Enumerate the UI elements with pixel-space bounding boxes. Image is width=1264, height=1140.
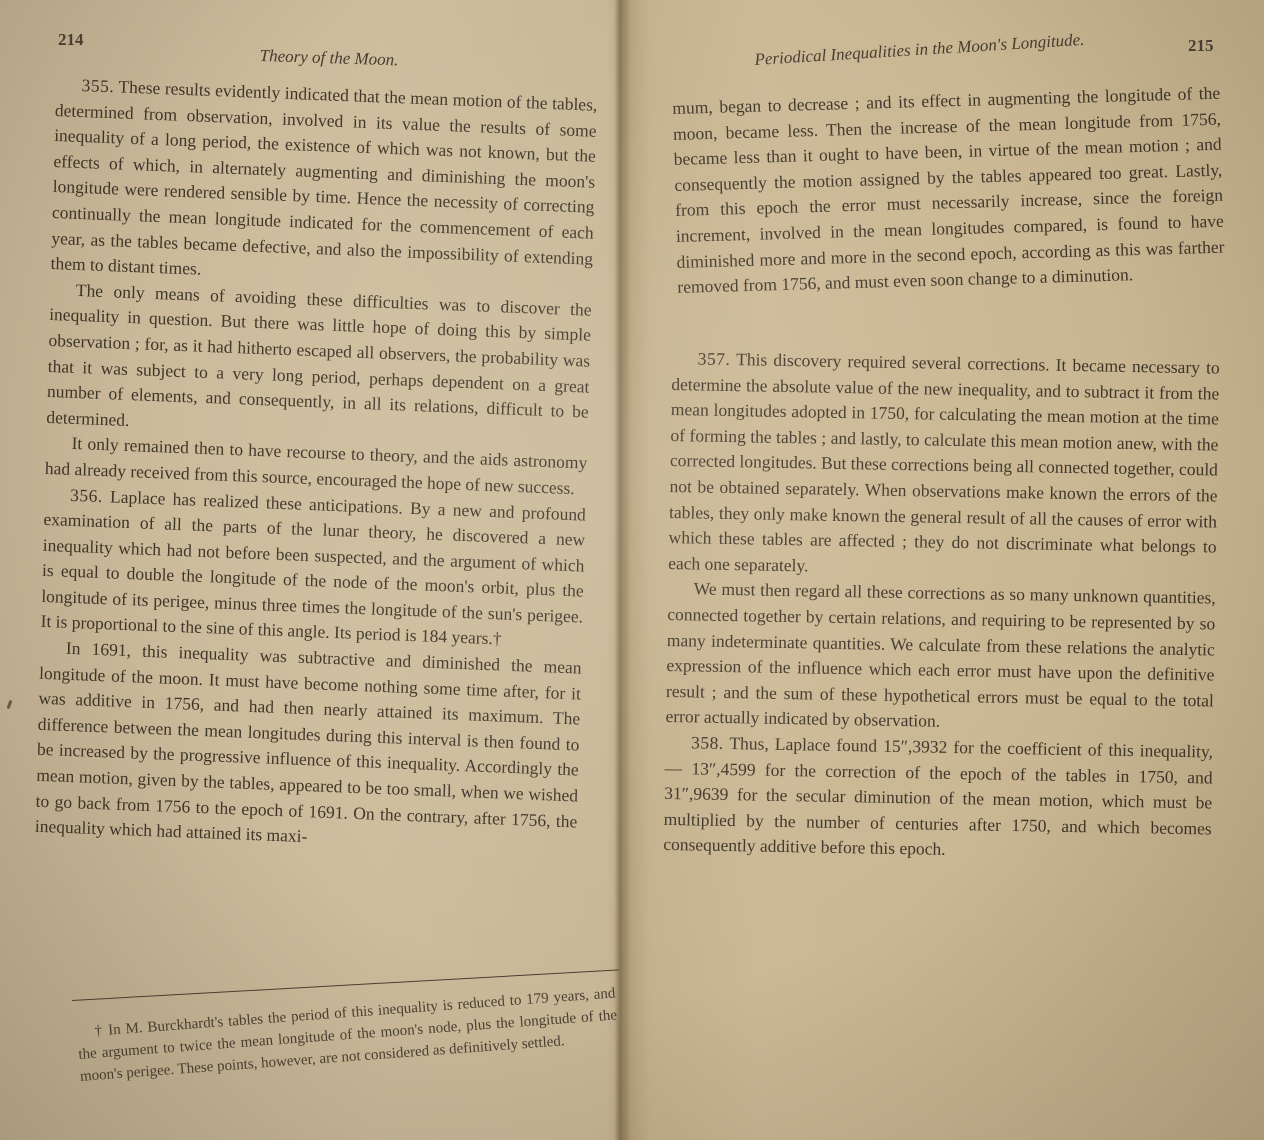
paragraph-text: Laplace has realized these anticipations… (40, 486, 586, 649)
paragraph: The only means of avoiding these difficu… (46, 277, 592, 451)
left-page: 214 Theory of the Moon. 355. These resul… (0, 0, 614, 1140)
body-text-upper: mum, began to decrease ; and its effect … (672, 81, 1226, 301)
paragraph-number: 357. (698, 348, 731, 369)
ink-mark (7, 700, 13, 709)
page-number: 215 (1188, 36, 1214, 56)
paragraph-357: 357. This discovery required several cor… (668, 346, 1220, 586)
page-number: 214 (58, 30, 84, 50)
paragraph-356: 356. Laplace has realized these anticipa… (40, 481, 586, 655)
paragraph-number: 356. (70, 484, 103, 505)
running-head: Theory of the Moon. (259, 46, 398, 70)
running-head: Periodical Inequalities in the Moon's Lo… (754, 30, 1085, 70)
paragraph: In 1691, this inequality was subtractive… (35, 635, 582, 860)
paragraph-text: We must then regard all these correction… (665, 579, 1215, 731)
paragraph-text: This discovery required several correcti… (668, 349, 1220, 575)
paragraph-number: 358. (691, 732, 724, 753)
paragraph-358: 358. Thus, Laplace found 15″,3932 for th… (663, 730, 1213, 868)
paragraph-text: These results evidently indicated that t… (50, 76, 597, 278)
paragraph-continued: mum, began to decrease ; and its effect … (672, 81, 1226, 301)
paragraph-355: 355. These results evidently indicated t… (50, 72, 597, 297)
open-book-spread: 214 Theory of the Moon. 355. These resul… (0, 0, 1264, 1140)
paragraph-text: The only means of avoiding these difficu… (46, 280, 592, 430)
paragraph-number: 355. (81, 75, 114, 96)
body-text-lower: 357. This discovery required several cor… (663, 346, 1220, 867)
paragraph-text: Thus, Laplace found 15″,3932 for the coe… (663, 733, 1213, 859)
footnote: † In M. Burckhardt's tables the period o… (76, 982, 619, 1087)
book-gutter (614, 0, 630, 1140)
paragraph-text: In 1691, this inequality was subtractive… (35, 638, 582, 847)
paragraph-text: mum, began to decrease ; and its effect … (672, 83, 1225, 297)
paragraph: We must then regard all these correction… (665, 576, 1216, 739)
body-text: 355. These results evidently indicated t… (35, 72, 598, 860)
right-page: 215 Periodical Inequalities in the Moon'… (630, 0, 1264, 1140)
